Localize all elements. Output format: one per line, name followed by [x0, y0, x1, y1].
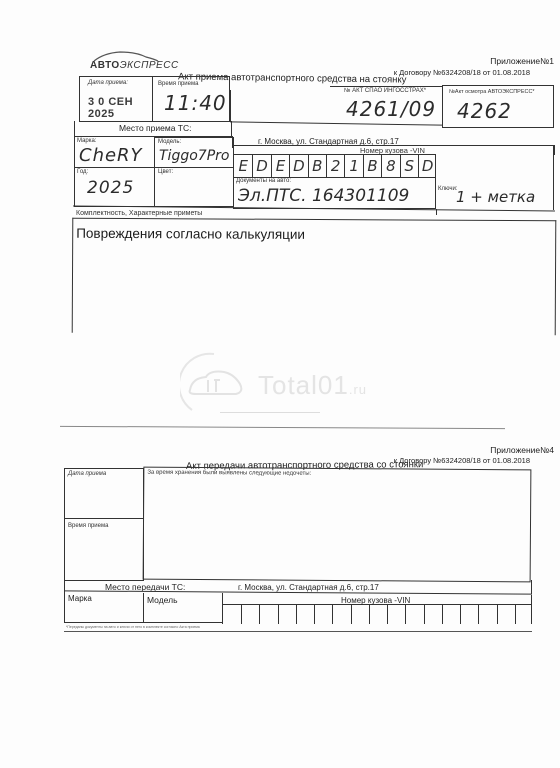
defects-box: За время хранения были выявлены следующи… [143, 467, 532, 583]
logo-thin: ЭКСПРЕСС [120, 60, 179, 71]
watermark-suffix: .ru [349, 382, 367, 397]
vin-char-cell: D [289, 155, 307, 177]
vin-empty-cell [478, 605, 479, 624]
vin-header: Номер кузова -VIN [222, 595, 532, 605]
vin-char-cell: D [418, 155, 436, 177]
date-stamp: 3 0 СЕН 2025 [88, 96, 152, 120]
year-cell: Год: 2025 [74, 167, 155, 207]
make-cell: Марка: CheRY [74, 136, 155, 168]
annex-label: Приложение№4 [490, 445, 554, 455]
car-logo-icon [180, 350, 250, 420]
vin-empty-cell [424, 605, 425, 624]
vin-char-cell: B [308, 155, 326, 177]
date-cell: Дата приема: 3 0 СЕН 2025 [79, 76, 153, 122]
lower-form: Приложение№4 к Договору №6324208/18 от 0… [0, 430, 560, 640]
make-cell: Марка [64, 593, 144, 623]
keys-value: 1 + метка [456, 188, 535, 206]
vin-empty-cell [332, 605, 333, 624]
act-number-value: 4261/09 [346, 97, 436, 121]
annex-label: Приложение№1 [490, 56, 554, 66]
features-label: Комплектность, Характерные приметы [76, 210, 202, 217]
vin-empty-cell [387, 605, 388, 624]
documents-value: Эл.ПТС. 164301109 [238, 186, 409, 206]
header-divider [230, 90, 231, 122]
documents-cell: Документы на авто: Эл.ПТС. 164301109 [233, 177, 436, 209]
damage-note: Повреждения согласно калькуляции [76, 226, 305, 242]
upper-form: Приложение№1 к Договору №6324208/18 от 0… [0, 0, 560, 340]
act-number-cell: № АКТ СПАО ИНГОССТРАХ* 4261/09 [330, 86, 440, 126]
watermark: Total01.ru [180, 350, 390, 420]
features-box: Повреждения согласно калькуляции [72, 218, 557, 336]
vin-empty-cell [241, 605, 242, 624]
model-value: Tiggo7Pro [159, 148, 229, 164]
vin-char-cell: 8 [381, 155, 399, 177]
page-separator [60, 426, 505, 429]
vin-empty-cell [442, 605, 443, 624]
vin-empty-cell [278, 605, 279, 624]
watermark-text: Total01 [258, 370, 349, 400]
date-time-column: Дата приема Время приема [64, 468, 144, 581]
vin-empty-cell [460, 605, 461, 624]
inspection-number-cell: №Акт осмотра АВТОЭКСПРЕСС* 4262 [442, 85, 554, 128]
vin-char-cell: D [252, 155, 270, 177]
defects-label: За время хранения были выявлены следующи… [147, 470, 311, 477]
date-label: Дата приема [68, 471, 106, 477]
inspection-number-value: 4262 [457, 99, 512, 123]
vin-char-cell: E [271, 155, 289, 177]
place-row: Место приема ТС: [74, 121, 232, 137]
company-logo: АВТОЭКСПРЕСС [90, 50, 160, 72]
vin-char-cell: 2 [326, 155, 344, 177]
keys-cell: Ключи: 1 + метка [436, 182, 555, 212]
time-label: Время приема [68, 523, 108, 529]
vin-char-cell: E [234, 155, 252, 177]
vin-char-cell: S [400, 155, 418, 177]
model-cell: Модель [143, 593, 223, 623]
vin-empty-cell [259, 605, 260, 624]
vin-empty-cell [314, 605, 315, 624]
vin-empty-cell [369, 605, 370, 624]
vin-empty-cell [405, 605, 406, 624]
vin-empty-cell [351, 605, 352, 624]
footnote: *Переданы документы на авто и ключи от н… [66, 625, 200, 629]
vin-empty-cell [296, 605, 297, 624]
time-value: 11:40 [164, 91, 227, 115]
vin-empty-cell [515, 605, 516, 624]
vin-empty-cell [497, 605, 498, 624]
vin-char-cell: 1 [344, 155, 362, 177]
logo-bold: АВТО [90, 60, 120, 71]
vin-grid [222, 605, 532, 624]
place-value: г. Москва, ул. Стандартная д.6, стр.17 [238, 583, 379, 592]
year-value: 2025 [87, 178, 134, 198]
time-cell: Время приема 11:40 [152, 76, 230, 122]
model-cell: Модель: Tiggo7Pro [154, 137, 234, 168]
contract-reference: к Договору №6324208/18 от 01.08.2018 [394, 68, 530, 77]
color-cell: Цвет: [154, 167, 234, 207]
make-value: CheRY [79, 145, 143, 166]
vin-char-cell: B [363, 155, 381, 177]
vin-grid: EDEDB21B8SD [233, 154, 436, 178]
